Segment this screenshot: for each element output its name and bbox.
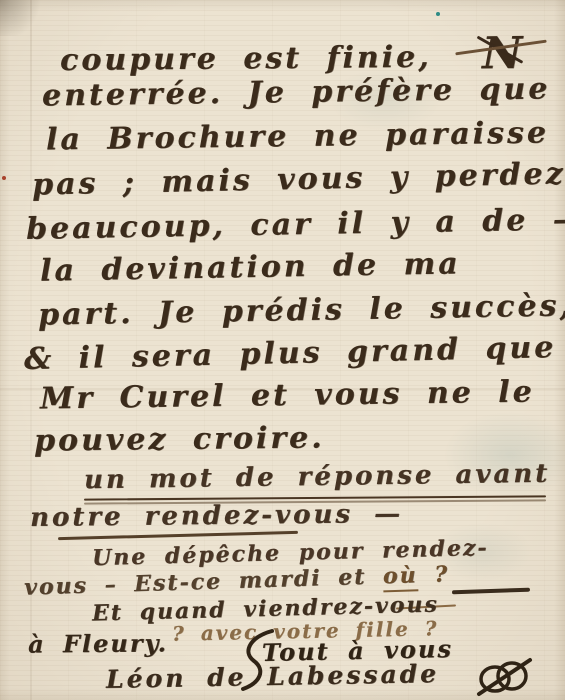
- teal-speck: [436, 12, 440, 16]
- letter-line-14-post: ?: [417, 561, 449, 588]
- letter-line-3: la Brochure ne paraisse: [46, 116, 549, 156]
- letter-line-5: beaucoup, car il y a de —: [26, 203, 565, 246]
- letter-page: coupure est finie, N enterrée. Je préfèr…: [0, 0, 565, 700]
- letter-line-7: part. Je prédis le succès,: [38, 289, 565, 331]
- letter-line-11-underlined: un mot de réponse avant: [84, 460, 551, 495]
- underlined-word-ou: où: [383, 562, 419, 592]
- letter-line-6: la devination de ma: [40, 247, 461, 287]
- signature-paraph-icon: [476, 656, 534, 698]
- letter-line-1-text: coupure est finie,: [60, 40, 456, 78]
- thick-ink-bar: [452, 588, 530, 595]
- letter-line-2: enterrée. Je préfère que: [42, 72, 551, 112]
- letter-line-8: & il sera plus grand que: [24, 331, 557, 376]
- red-speck: [2, 176, 6, 180]
- place-line: à Fleury.: [28, 630, 168, 658]
- paper-corner-shadow: [0, 0, 44, 36]
- letter-line-10: pouvez croire.: [34, 421, 325, 457]
- letter-line-4: pas ; mais vous y perdez: [32, 157, 565, 201]
- letter-line-12: notre rendez-vous —: [30, 500, 403, 532]
- signature-line: Léon de Labessade: [106, 660, 439, 693]
- letter-line-9: Mr Curel et vous ne le: [40, 376, 535, 416]
